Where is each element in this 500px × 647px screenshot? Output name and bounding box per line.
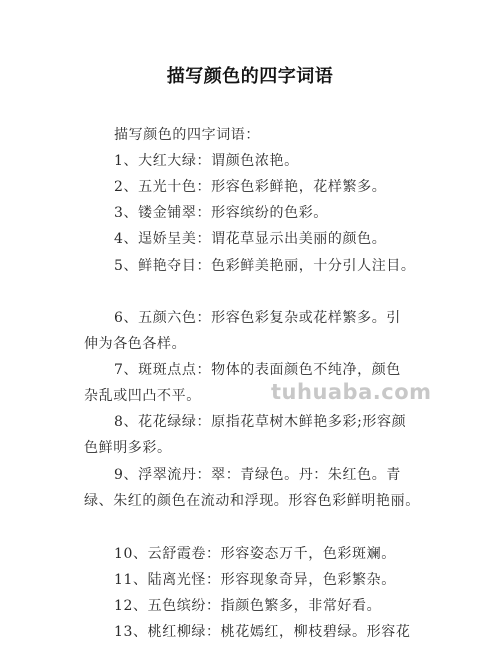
list-item: 4、逞娇呈美：谓花草显示出美丽的颜色。 [114, 230, 386, 248]
list-item: 6、五颜六色：形容色彩复杂或花样繁多。引 [114, 309, 401, 327]
list-item: 10、云舒霞卷：形容姿态万千，色彩斑斓。 [114, 545, 396, 563]
list-item: 5、鲜艳夺目：色彩鲜美艳丽，十分引人注目。 [114, 257, 416, 275]
list-item: 9、浮翠流丹：翠：青绿色。丹：朱红色。青 [114, 466, 401, 484]
list-item: 7、斑斑点点：物体的表面颜色不纯净，颜色 [114, 361, 401, 379]
list-item: 3、镂金铺翠：形容缤纷的色彩。 [114, 204, 328, 222]
list-item: 1、大红大绿：谓颜色浓艳。 [114, 152, 299, 170]
list-item-continuation: 伸为各色各样。 [84, 335, 186, 353]
list-item-continuation: 绿、朱红的颜色在流动和浮现。形容色彩鲜明艳丽。 [84, 492, 420, 510]
list-item: 8、花花绿绿：原指花草树木鲜艳多彩;形容颜 [114, 413, 406, 431]
intro-text: 描写颜色的四字词语： [114, 126, 260, 144]
list-item: 11、陆离光怪：形容现象奇异，色彩繁杂。 [114, 571, 396, 589]
list-item: 2、五光十色：形容色彩鲜艳，花样繁多。 [114, 178, 386, 196]
watermark: tuhuaba.com [271, 380, 432, 404]
document-title: 描写颜色的四字词语 [0, 62, 500, 88]
list-item-continuation: 色鲜明多彩。 [84, 439, 172, 457]
list-item: 13、桃红柳绿：桃花嫣红，柳枝碧绿。形容花 [114, 623, 410, 641]
list-item: 12、五色缤纷：指颜色繁多，非常好看。 [114, 597, 381, 615]
list-item-continuation: 杂乱或凹凸不平。 [84, 387, 201, 405]
